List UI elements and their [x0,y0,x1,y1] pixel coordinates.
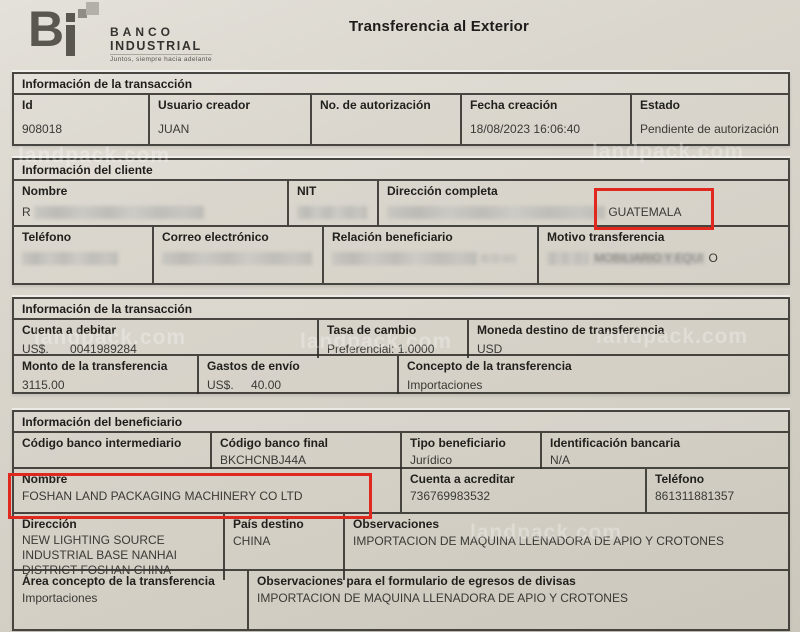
field-label: Teléfono [22,230,144,244]
status-value: Pendiente de autorización [640,122,780,136]
field-observaciones-egresos: Observaciones para el formulario de egre… [249,571,788,629]
field-label: Monto de la transferencia [22,359,189,373]
table-row: Teléfono Correo electrónico Relación ben… [14,227,788,283]
field-label: Tipo beneficiario [410,436,532,450]
field-label: No. de autorización [320,98,452,112]
table-row: Monto de la transferencia 3115.00 Gastos… [14,356,788,392]
redacted-field-value: GUATEMALA [387,205,780,219]
field-value: Importaciones [407,378,780,392]
visible-suffix: O [709,251,718,265]
field-telefono-beneficiario: Teléfono 861311881357 [647,469,788,512]
amount: 40.00 [251,378,281,392]
field-value: 736769983532 [410,489,637,503]
table-row: Dirección NEW LIGHTING SOURCE INDUSTRIAL… [14,514,788,571]
field-label: Estado [640,98,780,112]
field-cuenta-a-debitar: Cuenta a debitar US$. 0041989284 [14,320,319,358]
field-value: US$. 0041989284 [22,342,309,356]
field-value: IMPORTACION DE MAQUINA LLENADORA DE APIO… [257,591,780,605]
logo-letter-i-stem [66,25,75,56]
redacted-field-value: R [22,205,279,219]
bank-logo-text: BANCO INDUSTRIAL Juntos, siempre hacia a… [110,4,212,63]
logo-letter-i-dot [66,13,75,22]
field-label: Observaciones para el formulario de egre… [257,574,780,588]
section-beneficiary-info: Información del beneficiario Código banc… [12,410,790,631]
field-value: BKCHCNBJ44A [220,453,392,467]
field-fecha-creacion: Fecha creación 18/08/2023 16:06:40 [462,95,632,144]
field-concepto-transferencia: Concepto de la transferencia Importacion… [399,356,788,394]
field-label: Nombre [22,184,279,198]
partially-visible-value: MOBILIARIO Y EQUI [592,253,705,265]
redacted-value [387,206,605,219]
redacted-field-value: MOBILIARIO Y EQUI O [547,251,780,266]
section-title: Información del cliente [14,160,788,181]
field-value: CHINA [233,534,335,548]
field-label: Dirección completa [387,184,780,198]
field-value: Jurídico [410,453,532,467]
page-title: Transferencia al Exterior [349,18,529,35]
field-value: 861311881357 [655,489,780,503]
field-monto-transferencia: Monto de la transferencia 3115.00 [14,356,199,394]
section-title: Información del beneficiario [14,412,788,433]
field-label: Relación beneficiario [332,230,529,244]
field-label: Teléfono [655,472,780,486]
field-gastos-envio: Gastos de envío US$. 40.00 [199,356,399,394]
field-label: Gastos de envío [207,359,389,373]
field-label: Área concepto de la transferencia [22,574,239,588]
field-label: Concepto de la transferencia [407,359,780,373]
redacted-value [34,206,204,219]
redacted-value [547,252,589,265]
currency-code: US$. [22,342,49,356]
redacted-field-value [332,251,529,265]
field-estado: Estado Pendiente de autorización [632,95,788,144]
redacted-field-value [162,251,314,265]
field-codigo-banco-final: Código banco final BKCHCNBJ44A [212,433,402,469]
table-row: Id 908018 Usuario creador JUAN No. de au… [14,95,788,144]
field-no-autorizacion: No. de autorización [312,95,462,144]
field-value: Preferencial: 1.0000 [327,342,459,356]
logo-letter-b: B [28,4,64,54]
field-value: US$. 40.00 [207,378,389,392]
field-correo-electronico: Correo electrónico [154,227,324,283]
field-relacion-beneficiario: Relación beneficiario [324,227,539,283]
section-title: Información de la transacción [14,299,788,320]
field-usuario-creador: Usuario creador JUAN [150,95,312,144]
logo-square-light [86,2,99,15]
table-row: Área concepto de la transferencia Import… [14,571,788,629]
field-label: Cuenta a debitar [22,323,309,337]
field-label: Código banco intermediario [22,436,202,450]
field-label: Usuario creador [158,98,302,112]
highlight-box-guatemala [594,188,714,230]
bank-logo-mark-icon: B [28,4,104,60]
field-cuenta-a-acreditar: Cuenta a acreditar 736769983532 [402,469,647,512]
field-label: País destino [233,517,335,531]
field-identificacion-bancaria: Identificación bancaria N/A [542,433,788,469]
field-id: Id 908018 [14,95,150,144]
redacted-field-value [297,205,369,219]
field-nit: NIT [289,181,379,225]
account-number: 0041989284 [70,342,137,356]
field-label: Identificación bancaria [550,436,780,450]
section-title: Información de la transacción [14,74,788,95]
field-value: 3115.00 [22,378,189,392]
table-row: Código banco intermediario Código banco … [14,433,788,469]
bank-slogan: Juntos, siempre hacia adelante [110,54,212,63]
table-row: Cuenta a debitar US$. 0041989284 Tasa de… [14,320,788,356]
bank-name-line1: BANCO [110,25,212,39]
field-label: Correo electrónico [162,230,314,244]
field-motivo-transferencia: Motivo transferencia MOBILIARIO Y EQUI O [539,227,788,283]
bank-logo: B BANCO INDUSTRIAL Juntos, siempre hacia… [28,4,212,63]
field-label: Moneda destino de transferencia [477,323,780,337]
field-label: Tasa de cambio [327,323,459,337]
field-direccion-completa: Dirección completa GUATEMALA [379,181,788,225]
highlight-box-beneficiary-name [8,473,372,519]
bank-name-line2: INDUSTRIAL [110,39,212,53]
field-value: 18/08/2023 16:06:40 [470,122,622,136]
redacted-value [480,254,516,263]
address-line: NEW LIGHTING SOURCE [22,533,215,548]
field-area-concepto: Área concepto de la transferencia Import… [14,571,249,629]
field-value: JUAN [158,122,302,136]
address-line: INDUSTRIAL BASE NANHAI [22,548,215,563]
redacted-value [297,206,367,219]
field-tasa-de-cambio: Tasa de cambio Preferencial: 1.0000 [319,320,469,358]
field-nombre-cliente: Nombre R [14,181,289,225]
field-label: Cuenta a acreditar [410,472,637,486]
section-transaction-info: Información de la transacción Id 908018 … [12,72,790,146]
field-label: Id [22,98,140,112]
field-value: IMPORTACION DE MAQUINA LLENADORA DE APIO… [353,534,780,548]
redacted-field-value [22,251,144,265]
section-transaction-amounts: Información de la transacción Cuenta a d… [12,297,790,394]
field-moneda-destino: Moneda destino de transferencia USD [469,320,788,358]
field-value: 908018 [22,122,140,136]
redacted-value [332,252,477,265]
field-label: NIT [297,184,369,198]
field-tipo-beneficiario: Tipo beneficiario Jurídico [402,433,542,469]
field-label: Observaciones [353,517,780,531]
redacted-value [162,252,312,265]
visible-prefix: R [22,205,31,219]
field-value: N/A [550,453,780,467]
field-label: Motivo transferencia [547,230,780,244]
field-value: USD [477,342,780,356]
field-label: Fecha creación [470,98,622,112]
field-value: Importaciones [22,591,239,605]
currency-code: US$. [207,378,234,392]
field-telefono-cliente: Teléfono [14,227,154,283]
field-codigo-banco-intermediario: Código banco intermediario [14,433,212,469]
field-label: Código banco final [220,436,392,450]
redacted-value [22,252,118,265]
field-label: Dirección [22,517,215,531]
